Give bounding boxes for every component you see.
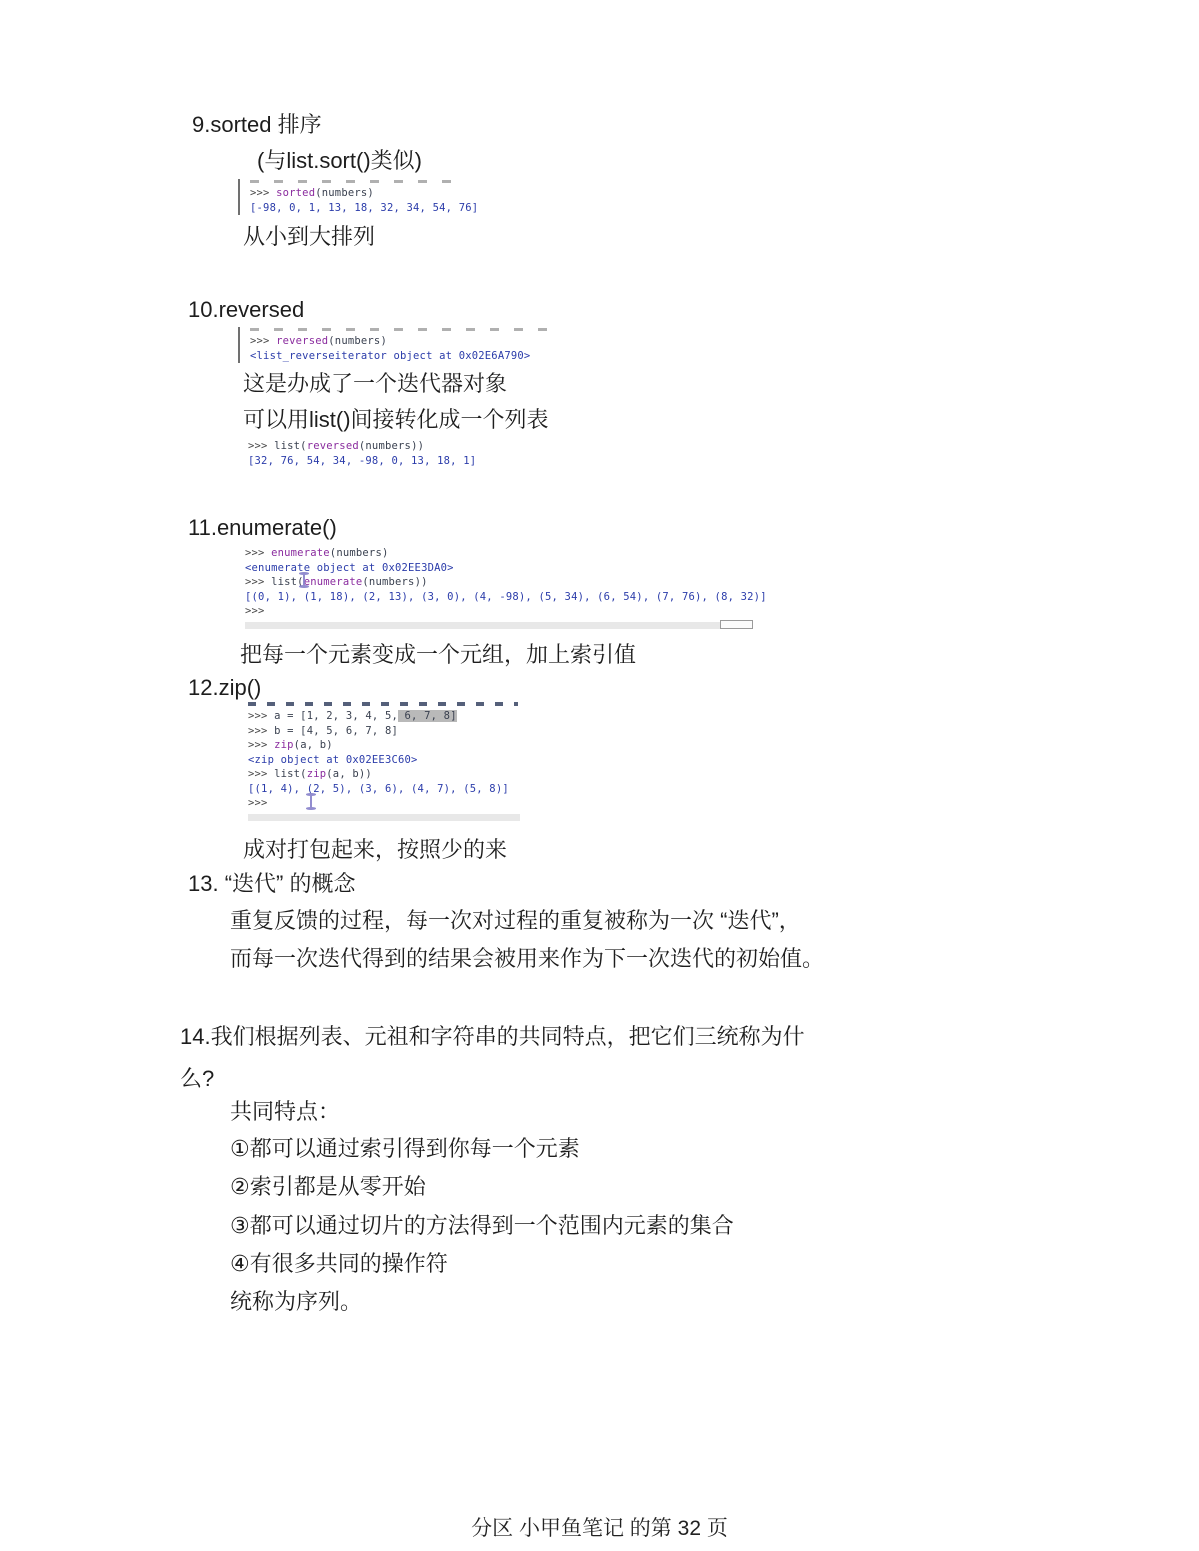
- builtin-name: enumerate: [271, 547, 330, 559]
- page-footer: 分区 小甲鱼笔记 的第 32 页: [0, 1512, 1199, 1542]
- section-14-point-1: ①都可以通过索引得到你每一个元素: [230, 1134, 580, 1164]
- clipped-line: [248, 702, 518, 706]
- code-line: >>> enumerate(numbers): [245, 546, 757, 561]
- section-14-point-4: ④有很多共同的操作符: [230, 1249, 448, 1279]
- section-14-conclusion: 统称为序列。: [230, 1287, 362, 1317]
- section-11-comment: 把每一个元素变成一个元组，加上索引值: [240, 640, 636, 670]
- prompt: >>>: [248, 739, 274, 751]
- section-14-question-line-2: 么?: [180, 1064, 214, 1094]
- code-text: (numbers): [328, 335, 387, 347]
- code-output: [(0, 1), (1, 18), (2, 13), (3, 0), (4, -…: [245, 590, 757, 605]
- code-text: a = [1, 2, 3, 4, 5,: [274, 710, 398, 722]
- code-output: [(1, 4), (2, 5), (3, 6), (4, 7), (5, 8)]: [248, 782, 523, 797]
- code-text: (a, b)): [326, 768, 372, 780]
- section-14-common-label: 共同特点：: [230, 1097, 340, 1127]
- code-snippet-list-reversed: >>> list(reversed(numbers)) [32, 76, 54,…: [248, 439, 476, 468]
- code-text: (numbers)): [359, 440, 424, 452]
- builtin-name: zip: [307, 768, 327, 780]
- prompt: >>>: [248, 710, 274, 722]
- section-12-comment: 成对打包起来，按照少的来: [243, 835, 507, 865]
- prompt: >>>: [245, 576, 271, 588]
- prompt: >>>: [250, 187, 276, 199]
- builtin-name: zip: [274, 739, 294, 751]
- section-9-note: (与list.sort()类似): [257, 146, 422, 176]
- section-10-heading: 10.reversed: [188, 295, 304, 325]
- builtin-name: reversed: [276, 335, 328, 347]
- prompt: >>>: [250, 335, 276, 347]
- prompt: >>>: [248, 768, 274, 780]
- horizontal-scrollbar: [248, 814, 520, 821]
- selected-code-text: 6, 7, 8]: [398, 710, 457, 722]
- code-line: >>> b = [4, 5, 6, 7, 8]: [248, 724, 523, 739]
- text-cursor-icon: [299, 573, 309, 587]
- code-output: [32, 76, 54, 34, -98, 0, 13, 18, 1]: [248, 454, 476, 469]
- section-13-line-2: 而每一次迭代得到的结果会被用来作为下一次迭代的初始值。: [230, 944, 824, 974]
- prompt: >>>: [248, 440, 274, 452]
- code-line: >>> list(reversed(numbers)): [248, 439, 476, 454]
- code-snippet-reversed: >>> reversed(numbers) <list_reverseitera…: [238, 327, 550, 363]
- code-line: >>> a = [1, 2, 3, 4, 5, 6, 7, 8]: [248, 709, 523, 724]
- prompt: >>>: [248, 725, 274, 737]
- builtin-name: reversed: [307, 440, 359, 452]
- code-text: b = [4, 5, 6, 7, 8]: [274, 725, 398, 737]
- code-output: <list_reverseiterator object at 0x02E6A7…: [250, 349, 550, 364]
- code-snippet-zip: >>> a = [1, 2, 3, 4, 5, 6, 7, 8] >>> b =…: [248, 702, 523, 821]
- section-11-heading: 11.enumerate(): [188, 513, 337, 543]
- code-line: >>> reversed(numbers): [250, 334, 550, 349]
- section-13-line-1: 重复反馈的过程，每一次对过程的重复被称为一次 “迭代”，: [230, 906, 801, 936]
- code-text: (numbers)): [362, 576, 427, 588]
- section-12-heading: 12.zip(): [188, 673, 261, 703]
- code-text: list(: [274, 768, 307, 780]
- code-output: <zip object at 0x02EE3C60>: [248, 753, 523, 768]
- code-text: list(: [274, 440, 307, 452]
- section-9-comment: 从小到大排列: [243, 222, 375, 252]
- code-output: <enumerate object at 0x02EE3DA0>: [245, 561, 757, 576]
- code-line: >>> zip(a, b): [248, 738, 523, 753]
- code-snippet-sorted: >>> sorted(numbers) [-98, 0, 1, 13, 18, …: [238, 179, 478, 215]
- code-snippet-enumerate: >>> enumerate(numbers) <enumerate object…: [245, 546, 757, 629]
- section-13-heading: 13. “迭代” 的概念: [188, 869, 355, 899]
- code-text: (numbers): [315, 187, 374, 199]
- code-output: [-98, 0, 1, 13, 18, 32, 34, 54, 76]: [250, 201, 478, 216]
- builtin-name: enumerate: [304, 576, 363, 588]
- section-14-question-line-1: 14.我们根据列表、元祖和字符串的共同特点，把它们三统称为什: [180, 1022, 805, 1052]
- code-text: (numbers): [330, 547, 389, 559]
- notes-page: 9.sorted 排序 (与list.sort()类似) >>> sorted(…: [0, 0, 1199, 1551]
- text-cursor-icon: [306, 794, 316, 809]
- builtin-name: sorted: [276, 187, 315, 199]
- scrollbar-thumb: [720, 620, 753, 629]
- section-10-comment-1: 这是办成了一个迭代器对象: [243, 369, 507, 399]
- code-text: (a, b): [294, 739, 333, 751]
- code-prompt-line: >>>: [245, 604, 757, 619]
- clipped-line: [250, 180, 465, 183]
- horizontal-scrollbar: [245, 622, 750, 629]
- code-line: >>> list(enumerate(numbers)): [245, 575, 757, 590]
- prompt: >>>: [245, 547, 271, 559]
- section-10-comment-2: 可以用list()间接转化成一个列表: [243, 405, 549, 435]
- code-line: >>> sorted(numbers): [250, 186, 478, 201]
- section-9-heading: 9.sorted 排序: [192, 110, 322, 140]
- section-14-point-3: ③都可以通过切片的方法得到一个范围内元素的集合: [230, 1211, 734, 1241]
- code-line: >>> list(zip(a, b)): [248, 767, 523, 782]
- clipped-line: [250, 328, 550, 331]
- code-prompt-line: >>>: [248, 796, 523, 811]
- section-14-point-2: ②索引都是从零开始: [230, 1172, 426, 1202]
